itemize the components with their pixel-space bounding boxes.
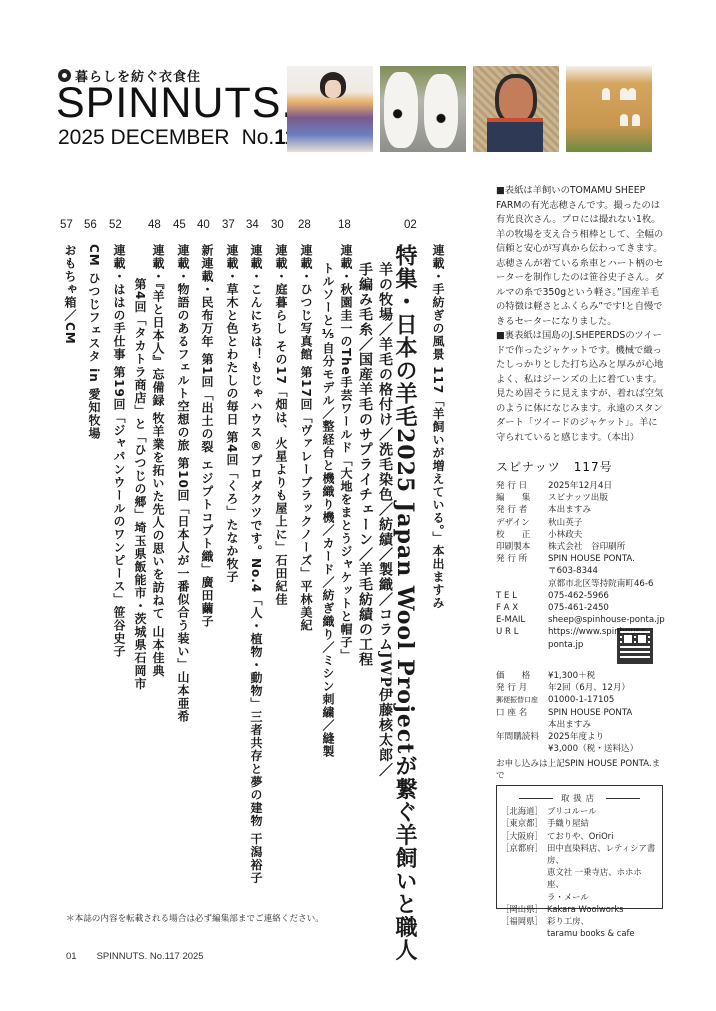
- colophon-key: U R L: [496, 626, 548, 638]
- colophon-row: E-MAILsheep@spinhouse-ponta.jp: [496, 614, 665, 626]
- store-name: 彩り工房、: [547, 915, 589, 927]
- pricing-key: 郵便振替口座: [496, 694, 548, 706]
- pricing-value: 年2回（6月、12月）: [548, 682, 630, 694]
- toc-page-52: 52: [109, 219, 122, 231]
- colophon-row: T E L075-462-5966: [496, 590, 665, 602]
- store-name: ラ・メール: [547, 891, 589, 903]
- pricing-value: 2025年度より: [548, 731, 604, 743]
- colophon-row: 発 行 日2025年12月4日: [496, 480, 665, 492]
- store-row: ［大阪府］ておりや、OriOri: [501, 830, 658, 842]
- toc-entry-45[interactable]: 連載・物語のあるフェルト空想の旅 第10回「日本人が一番似合う装い」山本亜希: [175, 244, 191, 723]
- issue-date: 2025 DECEMBER: [58, 126, 230, 149]
- store-name: 手織り屋結: [547, 817, 589, 829]
- store-region: ［岡山県］: [501, 903, 547, 915]
- email-link[interactable]: sheep@spinhouse-ponta.jp: [548, 614, 665, 626]
- store-row: taramu books & cafe: [501, 927, 658, 939]
- pricing-key: 価 格: [496, 670, 548, 682]
- cover-note: ■表紙は羊飼いのTOMAMU SHEEP FARMの有光志穂さんです。撮ったのは…: [496, 184, 666, 445]
- pricing-row: ¥3,000（税・送料込）: [496, 743, 638, 755]
- toc-entry-48-sub: 第4回「タカトラ商店」と「ひつじの郷」埼玉県飯能市・茨城県石岡市: [132, 278, 148, 690]
- colophon-value: 秋山英子: [548, 517, 582, 529]
- colophon-key: E-MAIL: [496, 614, 548, 626]
- pricing-row: 口 座 名SPIN HOUSE PONTA: [496, 707, 638, 719]
- colophon-value: スピナッツ出版: [548, 492, 608, 504]
- toc-entry-52[interactable]: 連載・ははの手仕事 第19回「ジャパンウールのワンピース」笹谷史子: [111, 244, 127, 658]
- toc-page-45: 45: [173, 219, 186, 231]
- toc-entry-02-feature[interactable]: 特集・日本の羊毛2025 Japan Wool Projectが繋ぐ羊飼いと職人: [397, 244, 413, 961]
- store-name: 恵文社 一乗寺店、ホホホ座、: [547, 866, 658, 890]
- adobe-house-photo: [566, 66, 652, 152]
- page-footer: 01SPINNUTS. No.117 2025: [66, 951, 204, 962]
- store-name: 田中直染料店、レティシア書房、: [547, 842, 658, 866]
- fax-number: 075-461-2450: [548, 602, 609, 614]
- colophon-key: 印刷製本: [496, 541, 548, 553]
- colophon-row: 校 正小林政夫: [496, 529, 665, 541]
- cover-note-front: ■表紙は羊飼いのTOMAMU SHEEP FARMの有光志穂さんです。撮ったのは…: [496, 184, 666, 257]
- pricing-key: [496, 743, 548, 755]
- footer-text: SPINNUTS. No.117 2025: [97, 951, 204, 962]
- girl-in-sweater-photo: [287, 66, 373, 152]
- store-region: ［東京都］: [501, 817, 547, 829]
- issue-no-prefix: No.: [242, 126, 275, 149]
- colophon-row: 発 行 者本出ますみ: [496, 504, 665, 516]
- stores-heading-text: 取扱店: [561, 792, 598, 804]
- colophon-key: 発 行 者: [496, 504, 548, 516]
- sheep-photo: [380, 66, 466, 152]
- address: 京都市北区等持院南町46-6: [548, 578, 653, 590]
- apply-note: お申し込みは上記SPIN HOUSE PONTA.まで: [496, 758, 666, 782]
- pricing-key: 年間購読料: [496, 731, 548, 743]
- divider: [606, 798, 640, 799]
- store-region: [501, 866, 547, 890]
- pricing-key: 発 行 月: [496, 682, 548, 694]
- pricing-value: ¥1,300＋税: [548, 670, 595, 682]
- colophon-value: 小林政夫: [548, 529, 582, 541]
- toc-page-18: 18: [338, 219, 351, 231]
- colophon-value: 本出ますみ: [548, 504, 591, 516]
- pricing: 価 格¥1,300＋税 発 行 月年2回（6月、12月） 郵便振替口座01000…: [496, 670, 638, 755]
- store-region: ［北海道］: [501, 805, 547, 817]
- pricing-row: 郵便振替口座01000-1-17105: [496, 694, 638, 706]
- toc-entry-30[interactable]: 連載・庭暮らし その17「畑は、火星よりも屋上に」石田紀佳: [273, 244, 289, 606]
- colophon-row: F A X075-461-2450: [496, 602, 665, 614]
- colophon-row: 発 行 所SPIN HOUSE PONTA.: [496, 553, 665, 565]
- store-name: ブリコルール: [547, 805, 597, 817]
- store-region: ［京都府］: [501, 842, 547, 866]
- store-row: ［京都府］田中直染料店、レティシア書房、: [501, 842, 658, 866]
- tel-number[interactable]: 075-462-5966: [548, 590, 609, 602]
- toc-page-37: 37: [222, 219, 235, 231]
- colophon-key: 校 正: [496, 529, 548, 541]
- postal-code: 〒603-8344: [548, 565, 598, 577]
- magazine-logo: SPINNUTS.: [56, 82, 294, 125]
- colophon-row: 京都市北区等持院南町46-6: [496, 578, 665, 590]
- toc-entry-28[interactable]: 連載・ひつじ写真館 第17回「ヴァレーブラックノーズ」平林美紀: [298, 244, 314, 632]
- divider: [519, 798, 553, 799]
- pricing-row: 本出ますみ: [496, 719, 638, 731]
- colophon-row: 印刷製本株式会社 谷印刷所: [496, 541, 665, 553]
- reprint-notice: ＊本誌の内容を転載される場合は必ず編集部までご連絡ください。: [66, 912, 324, 924]
- toc-page-30: 30: [271, 219, 284, 231]
- store-row: ラ・メール: [501, 891, 658, 903]
- pricing-value: 01000-1-17105: [548, 694, 614, 706]
- pricing-value: ¥3,000（税・送料込）: [548, 743, 638, 755]
- store-name: ておりや、OriOri: [547, 830, 613, 842]
- colophon-key: デザイン: [496, 517, 548, 529]
- pricing-value: 本出ますみ: [548, 719, 591, 731]
- cover-note-back: ■裏表紙は国島のJ.SHEPERDSのツイードで作ったジャケットです。機械で織っ…: [496, 329, 666, 445]
- colophon-key: F A X: [496, 602, 548, 614]
- colophon-row: 〒603-8344: [496, 565, 665, 577]
- url-link-cont[interactable]: ponta.jp: [548, 639, 583, 651]
- pricing-row: 発 行 月年2回（6月、12月）: [496, 682, 638, 694]
- toc-entry-02-sub1: 羊の牧場／羊毛の格付け／洗毛染色／紡績／製織／コラムJWP伊藤核太郎／: [377, 262, 393, 778]
- store-region: [501, 927, 547, 939]
- toc-entry-56[interactable]: CM ひつじフェスタ in 愛知牧場: [86, 244, 102, 440]
- toc-page-48: 48: [148, 219, 161, 231]
- colophon: 発 行 日2025年12月4日 編 集スピナッツ出版 発 行 者本出ますみ デザ…: [496, 480, 665, 651]
- toc-entry-02-sub2: 手編み毛糸／国産羊毛のサプライチェーン／羊毛紡績の工程: [357, 262, 373, 667]
- toc-page-28: 28: [298, 219, 311, 231]
- pricing-row: 年間購読料2025年度より: [496, 731, 638, 743]
- colophon-key: [496, 565, 548, 577]
- toc-page-02: 02: [404, 219, 417, 231]
- colophon-value: 株式会社 谷印刷所: [548, 541, 625, 553]
- store-region: ［福岡県］: [501, 915, 547, 927]
- colophon-key: T E L: [496, 590, 548, 602]
- colophon-key: 編 集: [496, 492, 548, 504]
- page-number: 01: [66, 951, 77, 962]
- pricing-key: 口 座 名: [496, 707, 548, 719]
- toc-entry-40[interactable]: 新連載・民布万年 第1回「出土の裂 エジプトコプト織」廣田繭子: [199, 244, 215, 628]
- store-row: ［福岡県］彩り工房、: [501, 915, 658, 927]
- pricing-key: [496, 719, 548, 731]
- cover-photo-strip: [287, 66, 652, 152]
- stores-box: 取扱店 ［北海道］ブリコルール ［東京都］手織り屋結 ［大阪府］ておりや、Ori…: [496, 785, 663, 909]
- colophon-value: SPIN HOUSE PONTA.: [548, 553, 635, 565]
- toc-entry-34[interactable]: 連載・こんにちは！もじゃハウス®プロダクツです。No.4「人・植物・動物」三者共…: [248, 244, 264, 884]
- toc-entry-57[interactable]: おもちゃ箱／CM: [62, 244, 78, 345]
- colophon-key: 発 行 日: [496, 480, 548, 492]
- qr-code-icon[interactable]: [617, 628, 653, 664]
- toc-entry-02-series[interactable]: 連載・手紡ぎの風景 117「羊飼いが増えている。」本出ますみ: [430, 244, 446, 609]
- toc-entry-37[interactable]: 連載・草木と色とわたしの毎日 第4回「くろ」たなか牧子: [224, 244, 240, 584]
- colophon-key: 発 行 所: [496, 553, 548, 565]
- store-region: [501, 891, 547, 903]
- store-row: ［北海道］ブリコルール: [501, 805, 658, 817]
- pricing-value: SPIN HOUSE PONTA: [548, 707, 632, 719]
- store-row: ［岡山県］Kakara Woolworks: [501, 903, 658, 915]
- toc-entry-48[interactable]: 連載・『羊と日本人』忘備録 牧羊業を拓いた先人の思いを訪ねて 山本佳典: [150, 244, 166, 677]
- toc-page-57: 57: [60, 219, 73, 231]
- store-region: ［大阪府］: [501, 830, 547, 842]
- stores-heading: 取扱店: [501, 792, 658, 804]
- store-row: 恵文社 一乗寺店、ホホホ座、: [501, 866, 658, 890]
- store-row: ［東京都］手織り屋結: [501, 817, 658, 829]
- toc-page-34: 34: [246, 219, 259, 231]
- toc-entry-18-sub: トルソーと⅕自分モデル／整経台と機織り機／カード／紡ぎ織り／ミシン刺繍／縫製: [320, 262, 336, 758]
- store-name: Kakara Woolworks: [547, 903, 624, 915]
- cover-note-sweater: 志穂さんが着ている糸車とハート柄のセーターを制作したのは笹谷史子さん。ダルマの糸…: [496, 257, 666, 330]
- colophon-row: 編 集スピナッツ出版: [496, 492, 665, 504]
- toc-entry-18[interactable]: 連載・秋園圭一のThe手芸ワールド「大地をまとうジャケットと帽子」: [338, 244, 354, 662]
- store-name: taramu books & cafe: [547, 927, 635, 939]
- colophon-row: デザイン秋山英子: [496, 517, 665, 529]
- colophon-title: スピナッツ 117号: [496, 458, 613, 475]
- woven-tapestry-photo: [473, 66, 559, 152]
- colophon-key: [496, 639, 548, 651]
- pricing-row: 価 格¥1,300＋税: [496, 670, 638, 682]
- toc-page-56: 56: [84, 219, 97, 231]
- colophon-value: 2025年12月4日: [548, 480, 612, 492]
- issue-line: 2025 DECEMBERNo.117: [58, 126, 308, 150]
- colophon-key: [496, 578, 548, 590]
- toc-page-40: 40: [197, 219, 210, 231]
